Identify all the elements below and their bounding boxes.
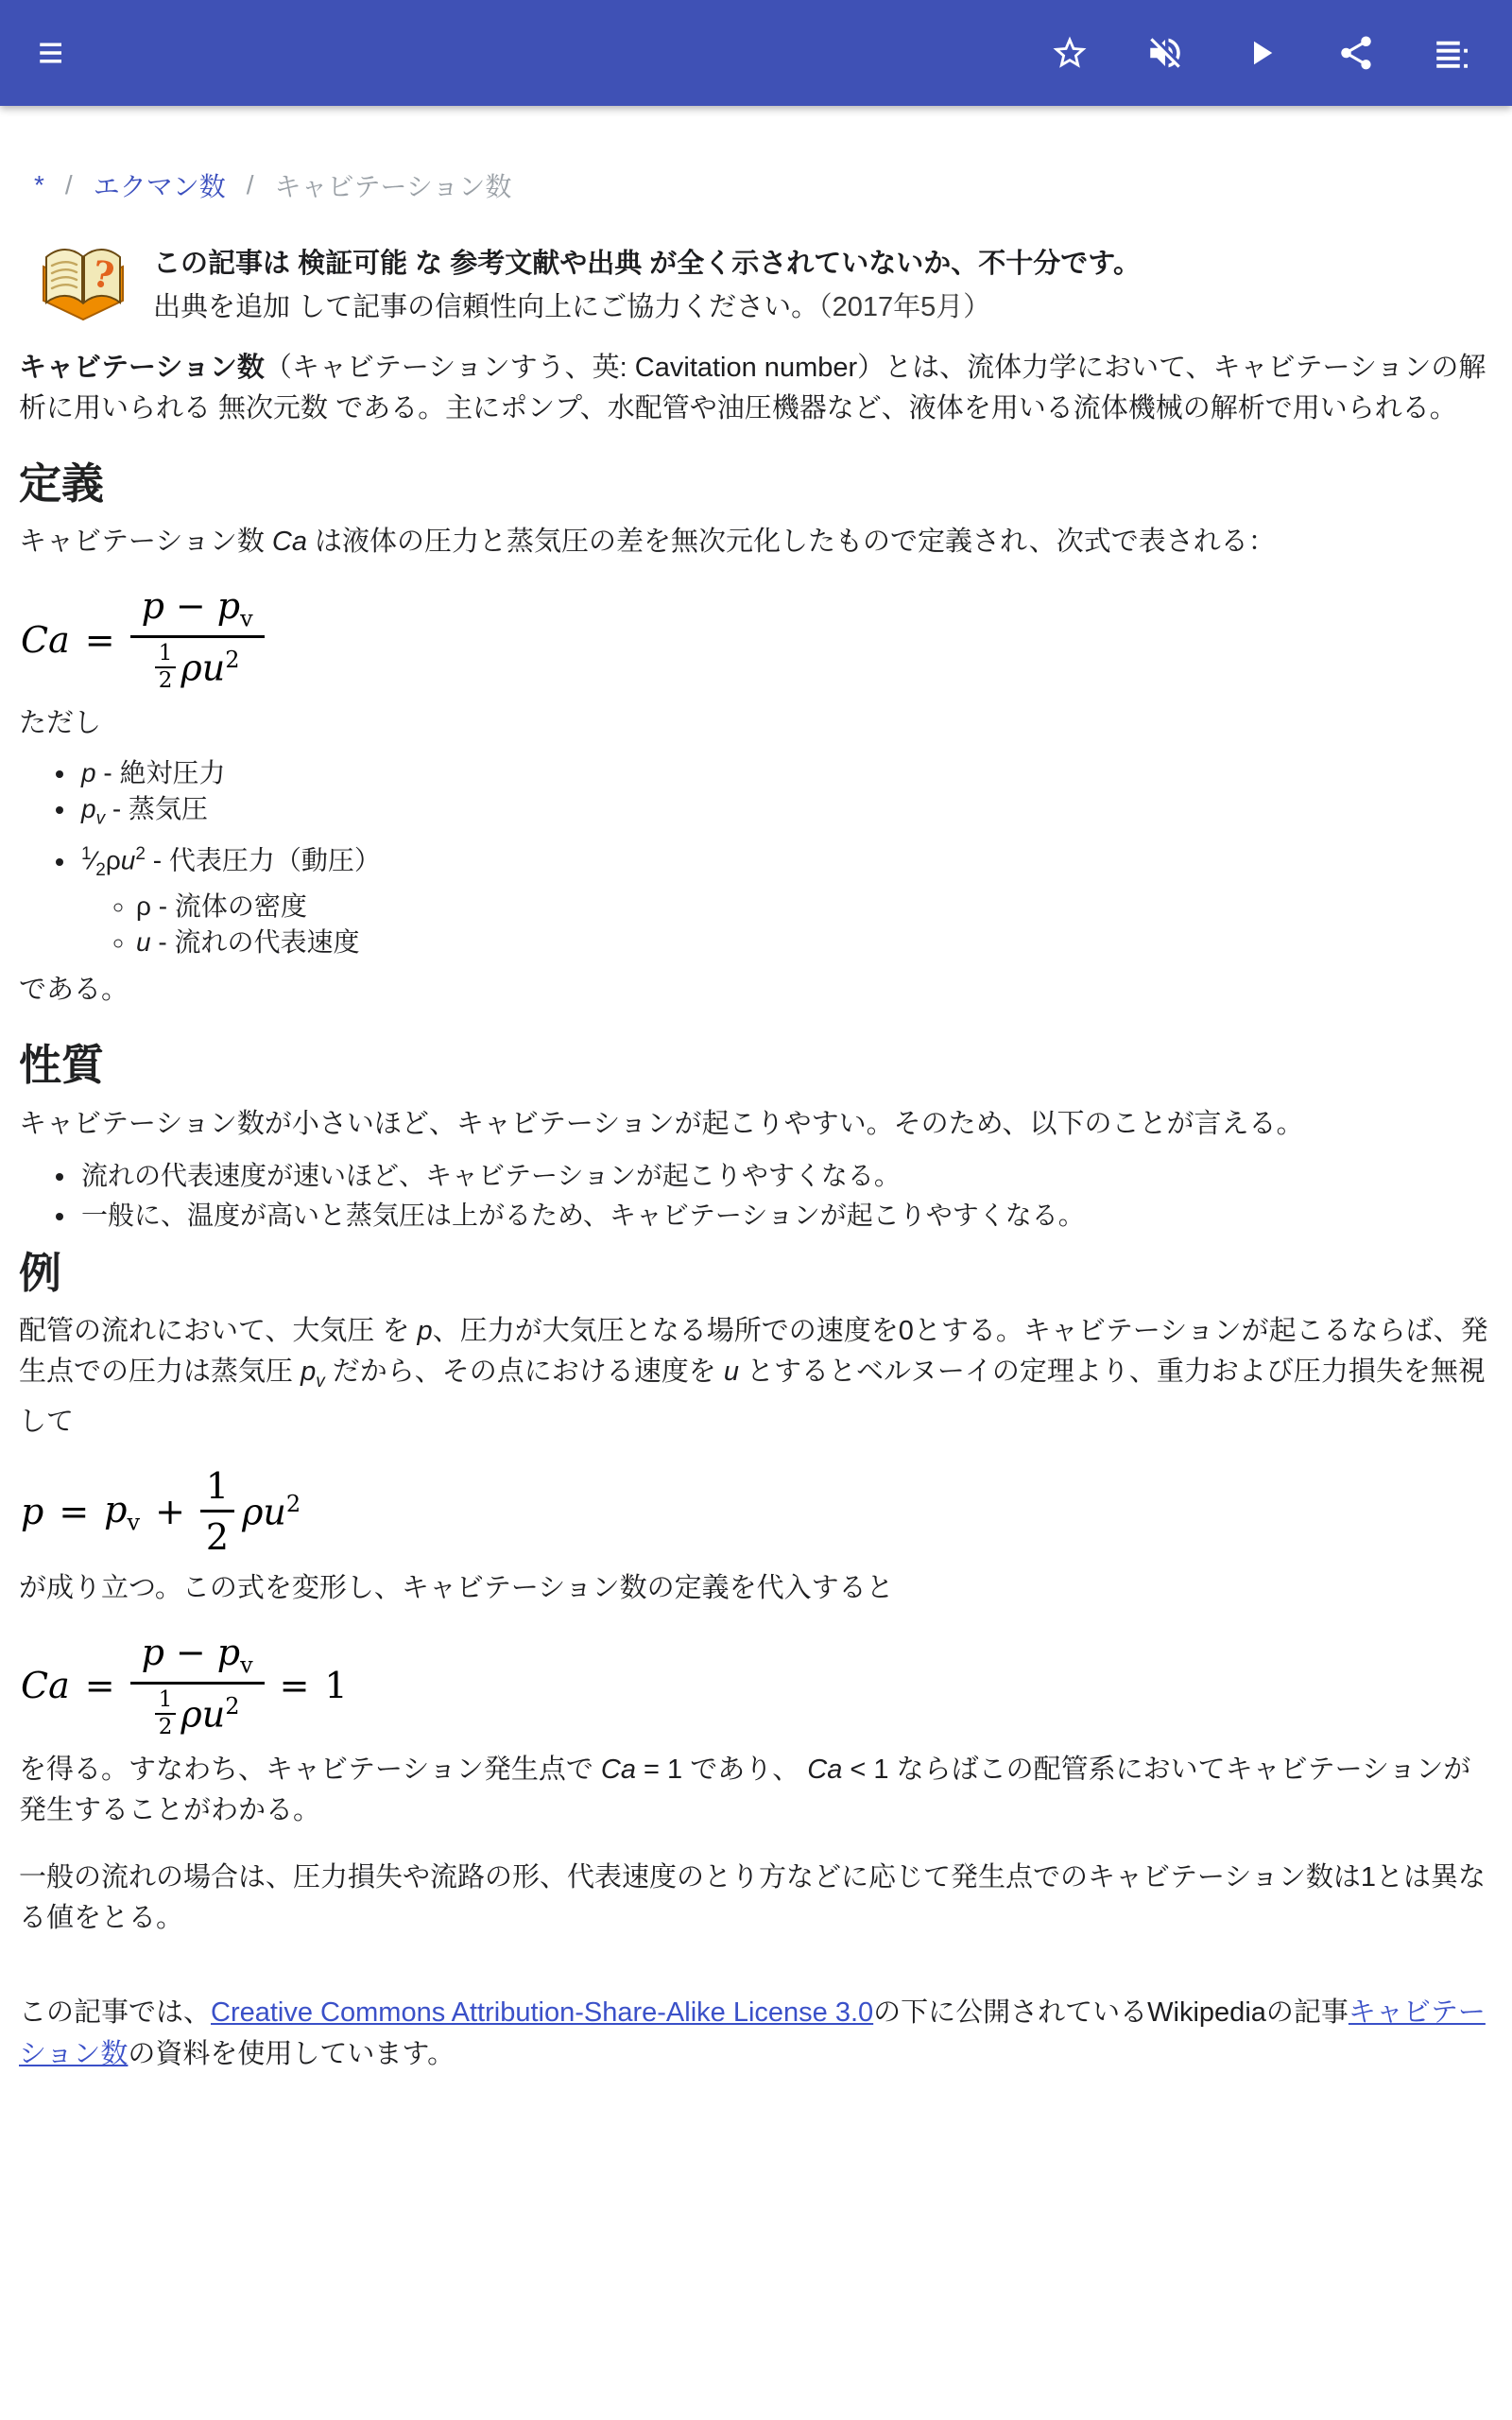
toolbar-actions <box>1047 30 1474 76</box>
add-source-link[interactable]: 出典を追加 <box>153 292 290 322</box>
license-paragraph: この記事では、Creative Commons Attribution-Shar… <box>19 1992 1493 2075</box>
math-var-u: u <box>136 927 151 957</box>
math-sub-v: v <box>316 1372 325 1391</box>
breadcrumb-current-page: キャビテーション数 <box>274 166 511 204</box>
notice-line1-text: な <box>407 249 450 279</box>
math-fraction: 1 2 <box>200 1465 234 1560</box>
definition-lead: キャビテーション数 Ca は液体の圧力と蒸気圧の差を無次元化したもので定義され、… <box>19 522 1493 562</box>
math-num-1: 1 <box>324 1665 347 1706</box>
math-num-2: 2 <box>95 860 106 880</box>
math-num-2: 2 <box>206 1516 229 1559</box>
math-num-1: 1 <box>155 642 177 668</box>
list-item-desc: - 絶対圧力 <box>96 758 226 787</box>
notice-line2-text: して記事の信頼性向上にご協力ください。 <box>290 292 818 322</box>
math-sup-2: 2 <box>286 1491 301 1517</box>
general-flow-paragraph: 一般の流れの場合は、圧力損失や流路の形、代表速度のとり方などに応じて発生点でのキ… <box>19 1858 1493 1939</box>
math-plus: + <box>153 1491 187 1532</box>
breadcrumb-separator: / <box>247 170 254 200</box>
section-heading-example: 例 <box>19 1247 1493 1300</box>
article-term: キャビテーション数 <box>19 353 265 383</box>
list-icon[interactable] <box>1429 30 1474 76</box>
math-var-u: u <box>121 846 136 875</box>
math-var-p: p <box>81 758 96 787</box>
definition-list: p - 絶対圧力 pv - 蒸気圧 1⁄2ρu2 - 代表圧力（動圧） ρ - … <box>19 755 1493 961</box>
formula-bernoulli: p = pv + 1 2 ρu2 <box>21 1465 1493 1560</box>
cc-license-link[interactable]: Creative Commons Attribution-Share-Alike… <box>211 1997 873 2028</box>
math-sup-2: 2 <box>225 1693 239 1720</box>
breadcrumb-link-ekman[interactable]: エクマン数 <box>94 166 226 204</box>
example-paragraph-3: を得る。すなわち、キャビテーション発生点で Ca = 1 であり、 Ca < 1… <box>19 1750 1493 1831</box>
notice-text: この記事は 検証可能 な 参考文献や出典 が全く示されていないか、不十分です。 … <box>153 240 1141 329</box>
math-num-2: 2 <box>159 1715 173 1739</box>
math-half: 12 <box>155 642 177 694</box>
app-toolbar <box>0 0 1512 106</box>
math-var-p: p <box>301 1357 316 1387</box>
math-fraction: p − pv 12 ρu2 <box>130 1632 265 1740</box>
math-var-rho-u: ρu <box>180 1693 225 1735</box>
example-text: を得る。すなわち、キャビテーション発生点で <box>19 1754 601 1785</box>
math-equals: = <box>57 1491 91 1532</box>
star-icon[interactable] <box>1047 30 1092 76</box>
math-var-Ca: Ca <box>272 527 307 557</box>
example-text: 配管の流れにおいて、大気圧 を <box>19 1316 418 1346</box>
example-paragraph-1: 配管の流れにおいて、大気圧 を p、圧力が大気圧となる場所での速度を0とする。キ… <box>19 1311 1493 1443</box>
math-var-p: p <box>21 1491 43 1532</box>
math-minus: − <box>174 585 208 628</box>
breadcrumb: * / エクマン数 / キャビテーション数 <box>34 166 1493 204</box>
math-half: 12 <box>155 1688 177 1740</box>
dearu-text: である。 <box>19 970 1493 1011</box>
references-link[interactable]: 参考文献や出典 <box>450 249 642 279</box>
math-equals: = <box>83 1665 117 1706</box>
math-sub-v: v <box>128 1509 141 1535</box>
license-text: この記事では、 <box>19 1997 211 2028</box>
math-num-1: 1 <box>81 844 92 864</box>
math-var-rho-u: ρu <box>180 647 225 688</box>
math-var-p: p <box>217 1632 240 1673</box>
math-var-rho-u: ρu <box>242 1492 286 1533</box>
list-item-desc: - 蒸気圧 <box>105 794 208 823</box>
example-text: = 1 であり、 <box>636 1754 807 1785</box>
math-num-2: 2 <box>159 668 173 693</box>
math-var-p: p <box>142 585 164 628</box>
menu-icon[interactable] <box>32 30 77 76</box>
math-var-Ca: Ca <box>807 1754 842 1785</box>
article-content: * / エクマン数 / キャビテーション数 ? この記事は 検証可能 な 参考文… <box>0 166 1512 2075</box>
formula-cavitation-number: Ca = p − pv 12 ρu2 <box>21 585 1493 694</box>
math-var-p: p <box>104 1489 127 1530</box>
list-item: 1⁄2ρu2 - 代表圧力（動圧） ρ - 流体の密度 u - 流れの代表速度 <box>77 837 1493 960</box>
section-heading-definition: 定義 <box>19 458 1493 510</box>
math-var-p: p <box>217 585 240 627</box>
math-var-p: p <box>418 1316 433 1346</box>
formula-ca-equals-1: Ca = p − pv 12 ρu2 = 1 <box>21 1632 1493 1740</box>
list-item: ρ - 流体の密度 <box>136 889 1493 925</box>
breadcrumb-separator: / <box>65 170 73 200</box>
notice-line1-text: が全く示されていないか、不十分です。 <box>642 249 1141 279</box>
list-item: 一般に、温度が高いと蒸気圧は上がるため、キャビテーションが起こりやすくなる。 <box>77 1198 1493 1234</box>
math-var-rho: ρ <box>136 891 151 921</box>
section-heading-properties: 性質 <box>19 1039 1493 1092</box>
math-sub-v: v <box>240 1652 253 1679</box>
math-var-p: p <box>142 1632 164 1674</box>
citation-notice: ? この記事は 検証可能 な 参考文献や出典 が全く示されていないか、不十分です… <box>34 240 1493 335</box>
example-text: だから、その点における速度を <box>325 1357 724 1387</box>
math-lhs: Ca <box>21 1665 70 1706</box>
math-lhs: Ca <box>21 619 70 661</box>
list-item: p - 絶対圧力 <box>77 755 1493 791</box>
list-item: 流れの代表速度が速いほど、キャビテーションが起こりやすくなる。 <box>77 1158 1493 1194</box>
intro-paragraph: キャビテーション数（キャビテーションすう、英: Cavitation numbe… <box>19 348 1493 429</box>
math-equals: = <box>278 1665 312 1706</box>
math-equals: = <box>83 619 117 661</box>
list-item-desc: - 代表圧力（動圧） <box>146 846 381 875</box>
math-var-p: p <box>81 794 96 823</box>
play-icon[interactable] <box>1238 30 1283 76</box>
license-text: の下に公開されているWikipediaの記事 <box>873 1997 1349 2028</box>
math-sup-2: 2 <box>135 844 146 864</box>
verifiability-link[interactable]: 検証可能 <box>298 249 407 279</box>
properties-paragraph: キャビテーション数が小さいほど、キャビテーションが起こりやすい。そのため、以下の… <box>19 1104 1493 1145</box>
math-sub-v: v <box>96 808 106 828</box>
breadcrumb-link-root[interactable]: * <box>34 170 44 200</box>
math-var-rho: ρ <box>106 846 121 875</box>
list-item-desc: - 流れの代表速度 <box>151 927 360 957</box>
math-fraction: p − pv 12 ρu2 <box>130 585 265 694</box>
definition-sublist: ρ - 流体の密度 u - 流れの代表速度 <box>81 889 1493 960</box>
definition-text: キャビテーション数 <box>19 527 272 557</box>
math-num-1: 1 <box>206 1465 229 1508</box>
example-paragraph-2: が成り立つ。この式を変形し、キャビテーション数の定義を代入すると <box>19 1568 1493 1609</box>
properties-list: 流れの代表速度が速いほど、キャビテーションが起こりやすくなる。 一般に、温度が高… <box>19 1158 1493 1234</box>
math-sub-v: v <box>240 606 253 632</box>
math-num-1: 1 <box>155 1688 177 1715</box>
notice-date: （2017年5月） <box>818 292 990 322</box>
share-icon[interactable] <box>1333 30 1379 76</box>
math-sup-2: 2 <box>225 647 239 673</box>
question-book-icon: ? <box>34 240 132 335</box>
list-item: pv - 蒸気圧 <box>77 791 1493 838</box>
license-text: の資料を使用しています。 <box>128 2039 455 2069</box>
math-var-u: u <box>724 1357 739 1387</box>
math-var-Ca: Ca <box>601 1754 636 1785</box>
tadashi-text: ただし <box>19 703 1493 744</box>
list-item-desc: - 流体の密度 <box>151 891 307 921</box>
list-item: u - 流れの代表速度 <box>136 925 1493 960</box>
volume-off-icon[interactable] <box>1143 30 1188 76</box>
math-minus: − <box>174 1632 208 1674</box>
app-screen: * / エクマン数 / キャビテーション数 ? この記事は 検証可能 な 参考文… <box>0 0 1512 2420</box>
definition-text: は液体の圧力と蒸気圧の差を無次元化したもので定義され、次式で表される： <box>307 527 1276 557</box>
notice-line1-text: この記事は <box>153 249 298 279</box>
